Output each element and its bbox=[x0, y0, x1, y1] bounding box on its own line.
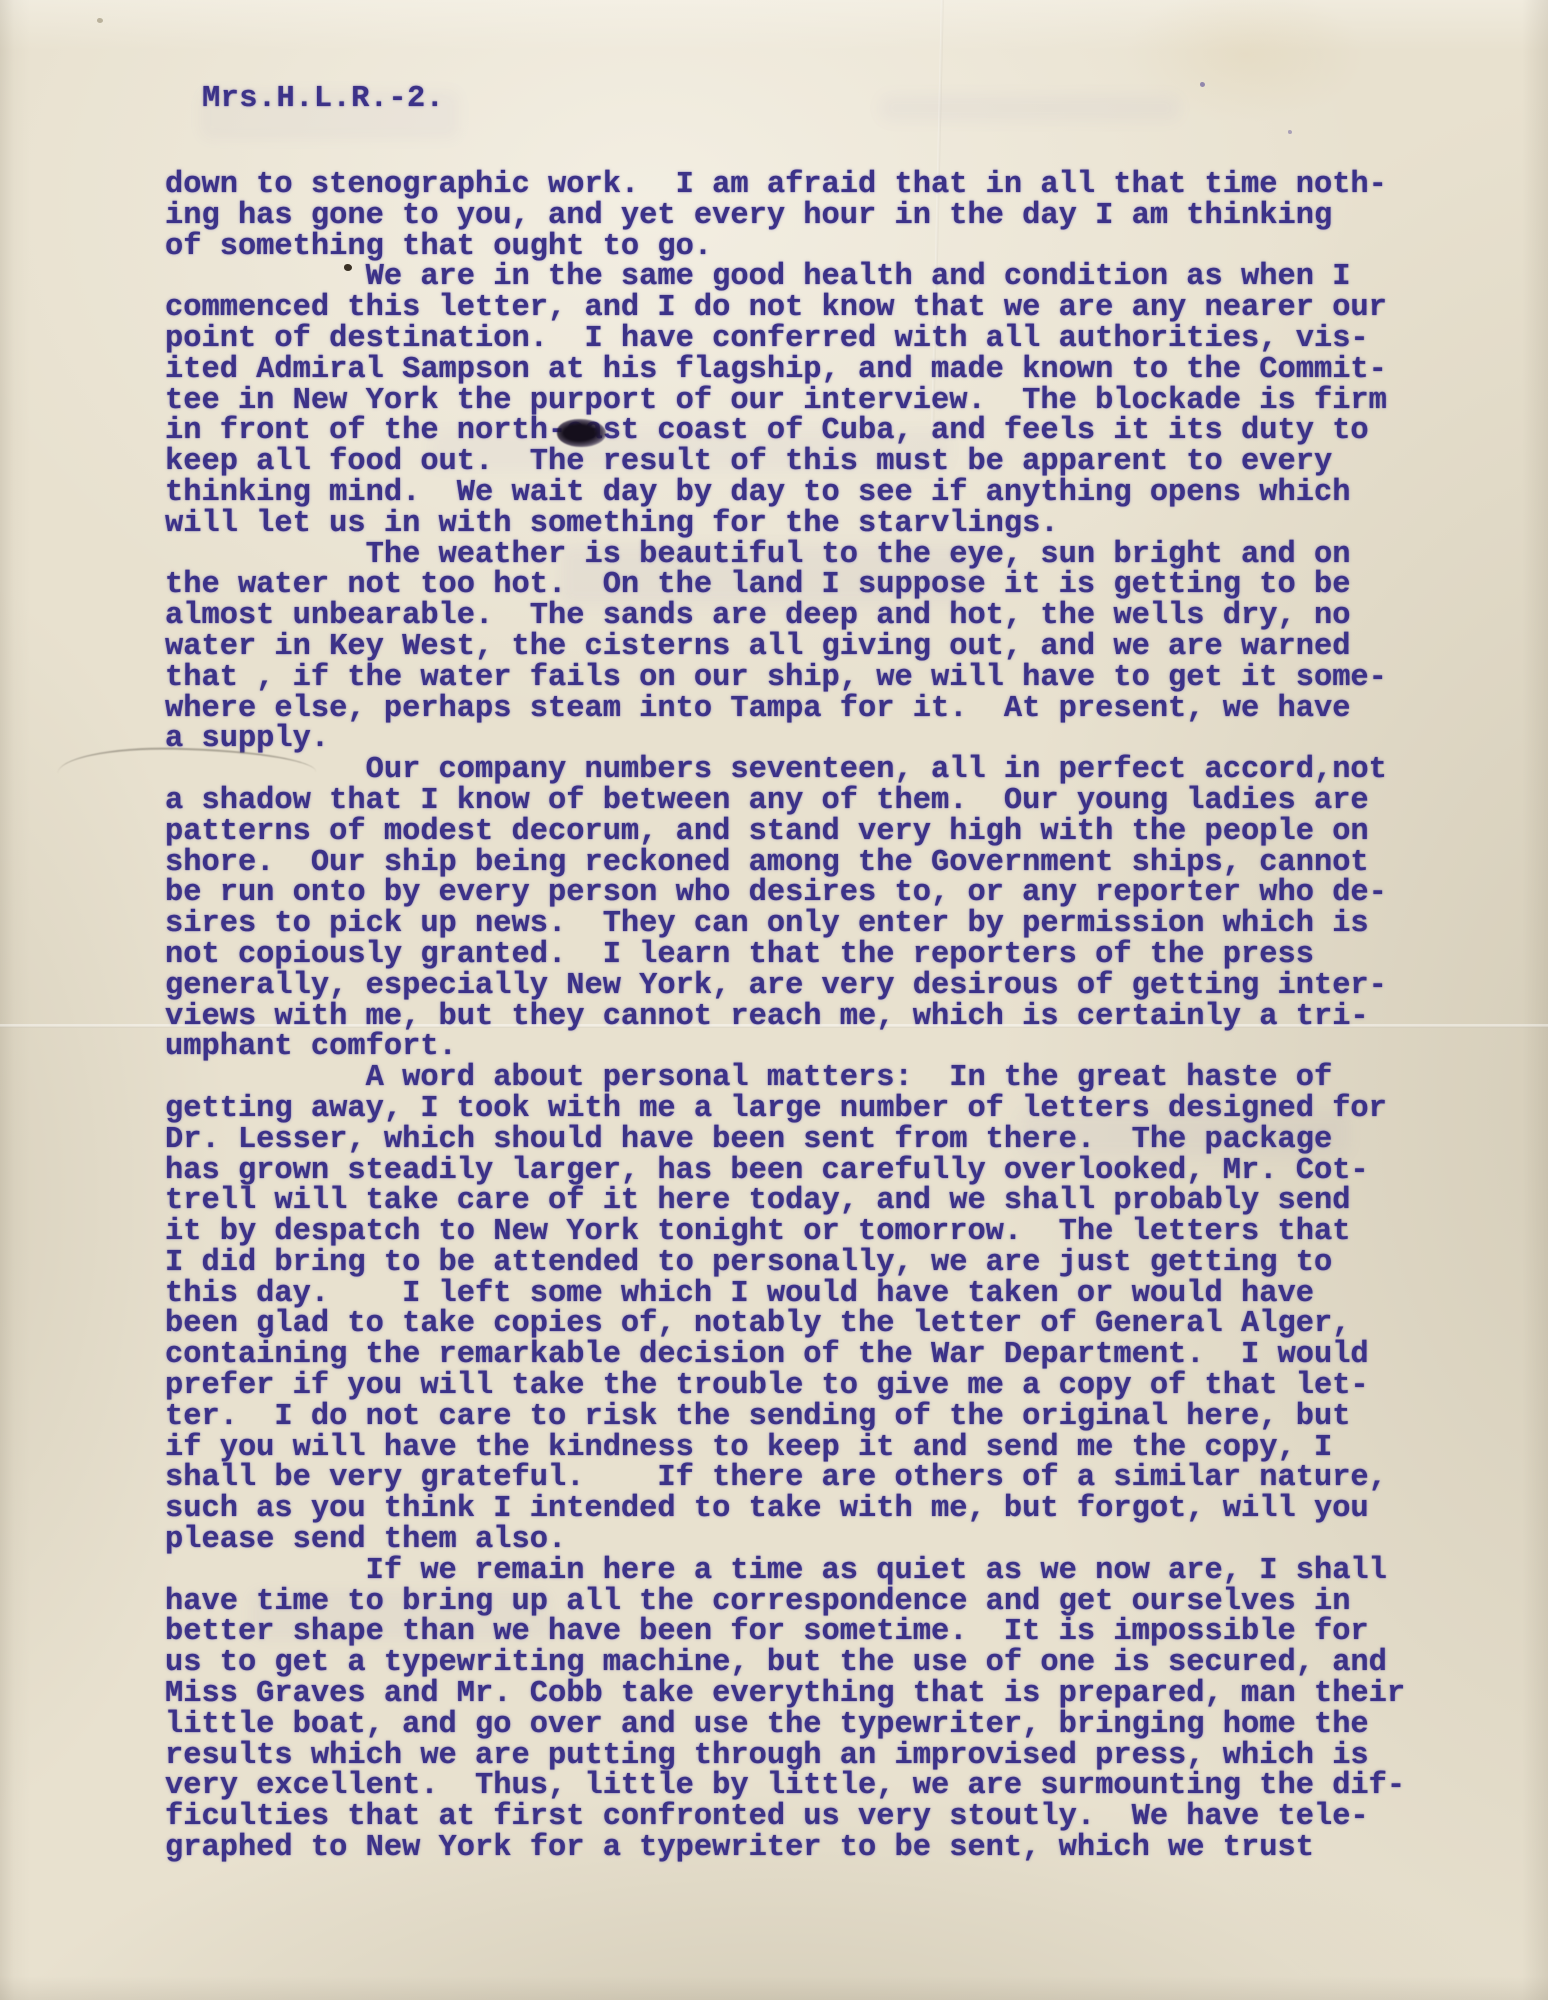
ink-blot bbox=[557, 419, 606, 447]
letter-line: point of destination. I have conferred w… bbox=[165, 324, 1495, 355]
letter-line: If we remain here a time as quiet as we … bbox=[165, 1556, 1495, 1587]
paper-speck bbox=[1200, 82, 1205, 87]
letter-line: getting away, I took with me a large num… bbox=[165, 1094, 1495, 1125]
letter-line: prefer if you will take the trouble to g… bbox=[165, 1371, 1495, 1402]
letter-line: commenced this letter, and I do not know… bbox=[165, 293, 1495, 324]
letter-line: generally, especially New York, are very… bbox=[165, 971, 1495, 1002]
letter-line: will let us in with something for the st… bbox=[165, 509, 1495, 540]
letter-line: that , if the water fails on our ship, w… bbox=[165, 663, 1495, 694]
letter-line: this day. I left some which I would have… bbox=[165, 1279, 1495, 1310]
letter-line: A word about personal matters: In the gr… bbox=[165, 1063, 1495, 1094]
letter-line: be run onto by every person who desires … bbox=[165, 878, 1495, 909]
letter-line: trell will take care of it here today, a… bbox=[165, 1186, 1495, 1217]
letter-line: shall be very grateful. If there are oth… bbox=[165, 1463, 1495, 1494]
letter-line: where else, perhaps steam into Tampa for… bbox=[165, 694, 1495, 725]
letter-line: Dr. Lesser, which should have been sent … bbox=[165, 1125, 1495, 1156]
letter-line: shore. Our ship being reckoned among the… bbox=[165, 848, 1495, 879]
letter-line: down to stenographic work. I am afraid t… bbox=[165, 170, 1495, 201]
letter-line: the water not too hot. On the land I sup… bbox=[165, 570, 1495, 601]
letter-line: of something that ought to go. bbox=[165, 232, 1495, 263]
letter-line: We are in the same good health and condi… bbox=[165, 262, 1495, 293]
letter-line: have time to bring up all the correspond… bbox=[165, 1587, 1495, 1618]
letter-line: umphant comfort. bbox=[165, 1032, 1495, 1063]
letter-line: sires to pick up news. They can only ent… bbox=[165, 909, 1495, 940]
letter-line: Miss Graves and Mr. Cobb take everything… bbox=[165, 1679, 1495, 1710]
letter-line: patterns of modest decorum, and stand ve… bbox=[165, 817, 1495, 848]
letter-line: been glad to take copies of, notably the… bbox=[165, 1309, 1495, 1340]
letter-line: ter. I do not care to risk the sending o… bbox=[165, 1402, 1495, 1433]
letter-line: not copiously granted. I learn that the … bbox=[165, 940, 1495, 971]
letter-line: almost unbearable. The sands are deep an… bbox=[165, 601, 1495, 632]
letter-line: such as you think I intended to take wit… bbox=[165, 1494, 1495, 1525]
letter-line: if you will have the kindness to keep it… bbox=[165, 1433, 1495, 1464]
letter-line: keep all food out. The result of this mu… bbox=[165, 447, 1495, 478]
letter-line: I did bring to be attended to personally… bbox=[165, 1248, 1495, 1279]
letter-line: views with me, but they cannot reach me,… bbox=[165, 1002, 1495, 1033]
paper-speck bbox=[97, 18, 103, 23]
letter-line: Our company numbers seventeen, all in pe… bbox=[165, 755, 1495, 786]
letter-line: has grown steadily larger, has been care… bbox=[165, 1156, 1495, 1187]
letter-line: ficulties that at first confronted us ve… bbox=[165, 1802, 1495, 1833]
paper-speck bbox=[1288, 130, 1292, 134]
letter-line: The weather is beautiful to the eye, sun… bbox=[165, 540, 1495, 571]
page-header: Mrs.H.L.R.-2. bbox=[202, 82, 444, 116]
letter-line: ited Admiral Sampson at his flagship, an… bbox=[165, 355, 1495, 386]
letter-line: water in Key West, the cisterns all givi… bbox=[165, 632, 1495, 663]
letter-line: please send them also. bbox=[165, 1525, 1495, 1556]
letter-line: graphed to New York for a typewriter to … bbox=[165, 1833, 1495, 1864]
letter-line: ing has gone to you, and yet every hour … bbox=[165, 201, 1495, 232]
letter-page: Mrs.H.L.R.-2. down to stenographic work.… bbox=[0, 0, 1548, 2000]
ink-bleedthrough-smudge bbox=[880, 95, 1180, 121]
letter-line: containing the remarkable decision of th… bbox=[165, 1340, 1495, 1371]
letter-body: down to stenographic work. I am afraid t… bbox=[165, 170, 1495, 1864]
letter-line: better shape than we have been for somet… bbox=[165, 1617, 1495, 1648]
letter-line: tee in New York the purport of our inter… bbox=[165, 386, 1495, 417]
letter-line: it by despatch to New York tonight or to… bbox=[165, 1217, 1495, 1248]
letter-line: a supply. bbox=[165, 724, 1495, 755]
letter-line: very excellent. Thus, little by little, … bbox=[165, 1771, 1495, 1802]
paper-speck bbox=[344, 264, 352, 271]
letter-line: us to get a typewriting machine, but the… bbox=[165, 1648, 1495, 1679]
letter-line: in front of the north-east coast of Cuba… bbox=[165, 416, 1495, 447]
letter-line: results which we are putting through an … bbox=[165, 1741, 1495, 1772]
letter-line: little boat, and go over and use the typ… bbox=[165, 1710, 1495, 1741]
letter-line: thinking mind. We wait day by day to see… bbox=[165, 478, 1495, 509]
letter-line: a shadow that I know of between any of t… bbox=[165, 786, 1495, 817]
